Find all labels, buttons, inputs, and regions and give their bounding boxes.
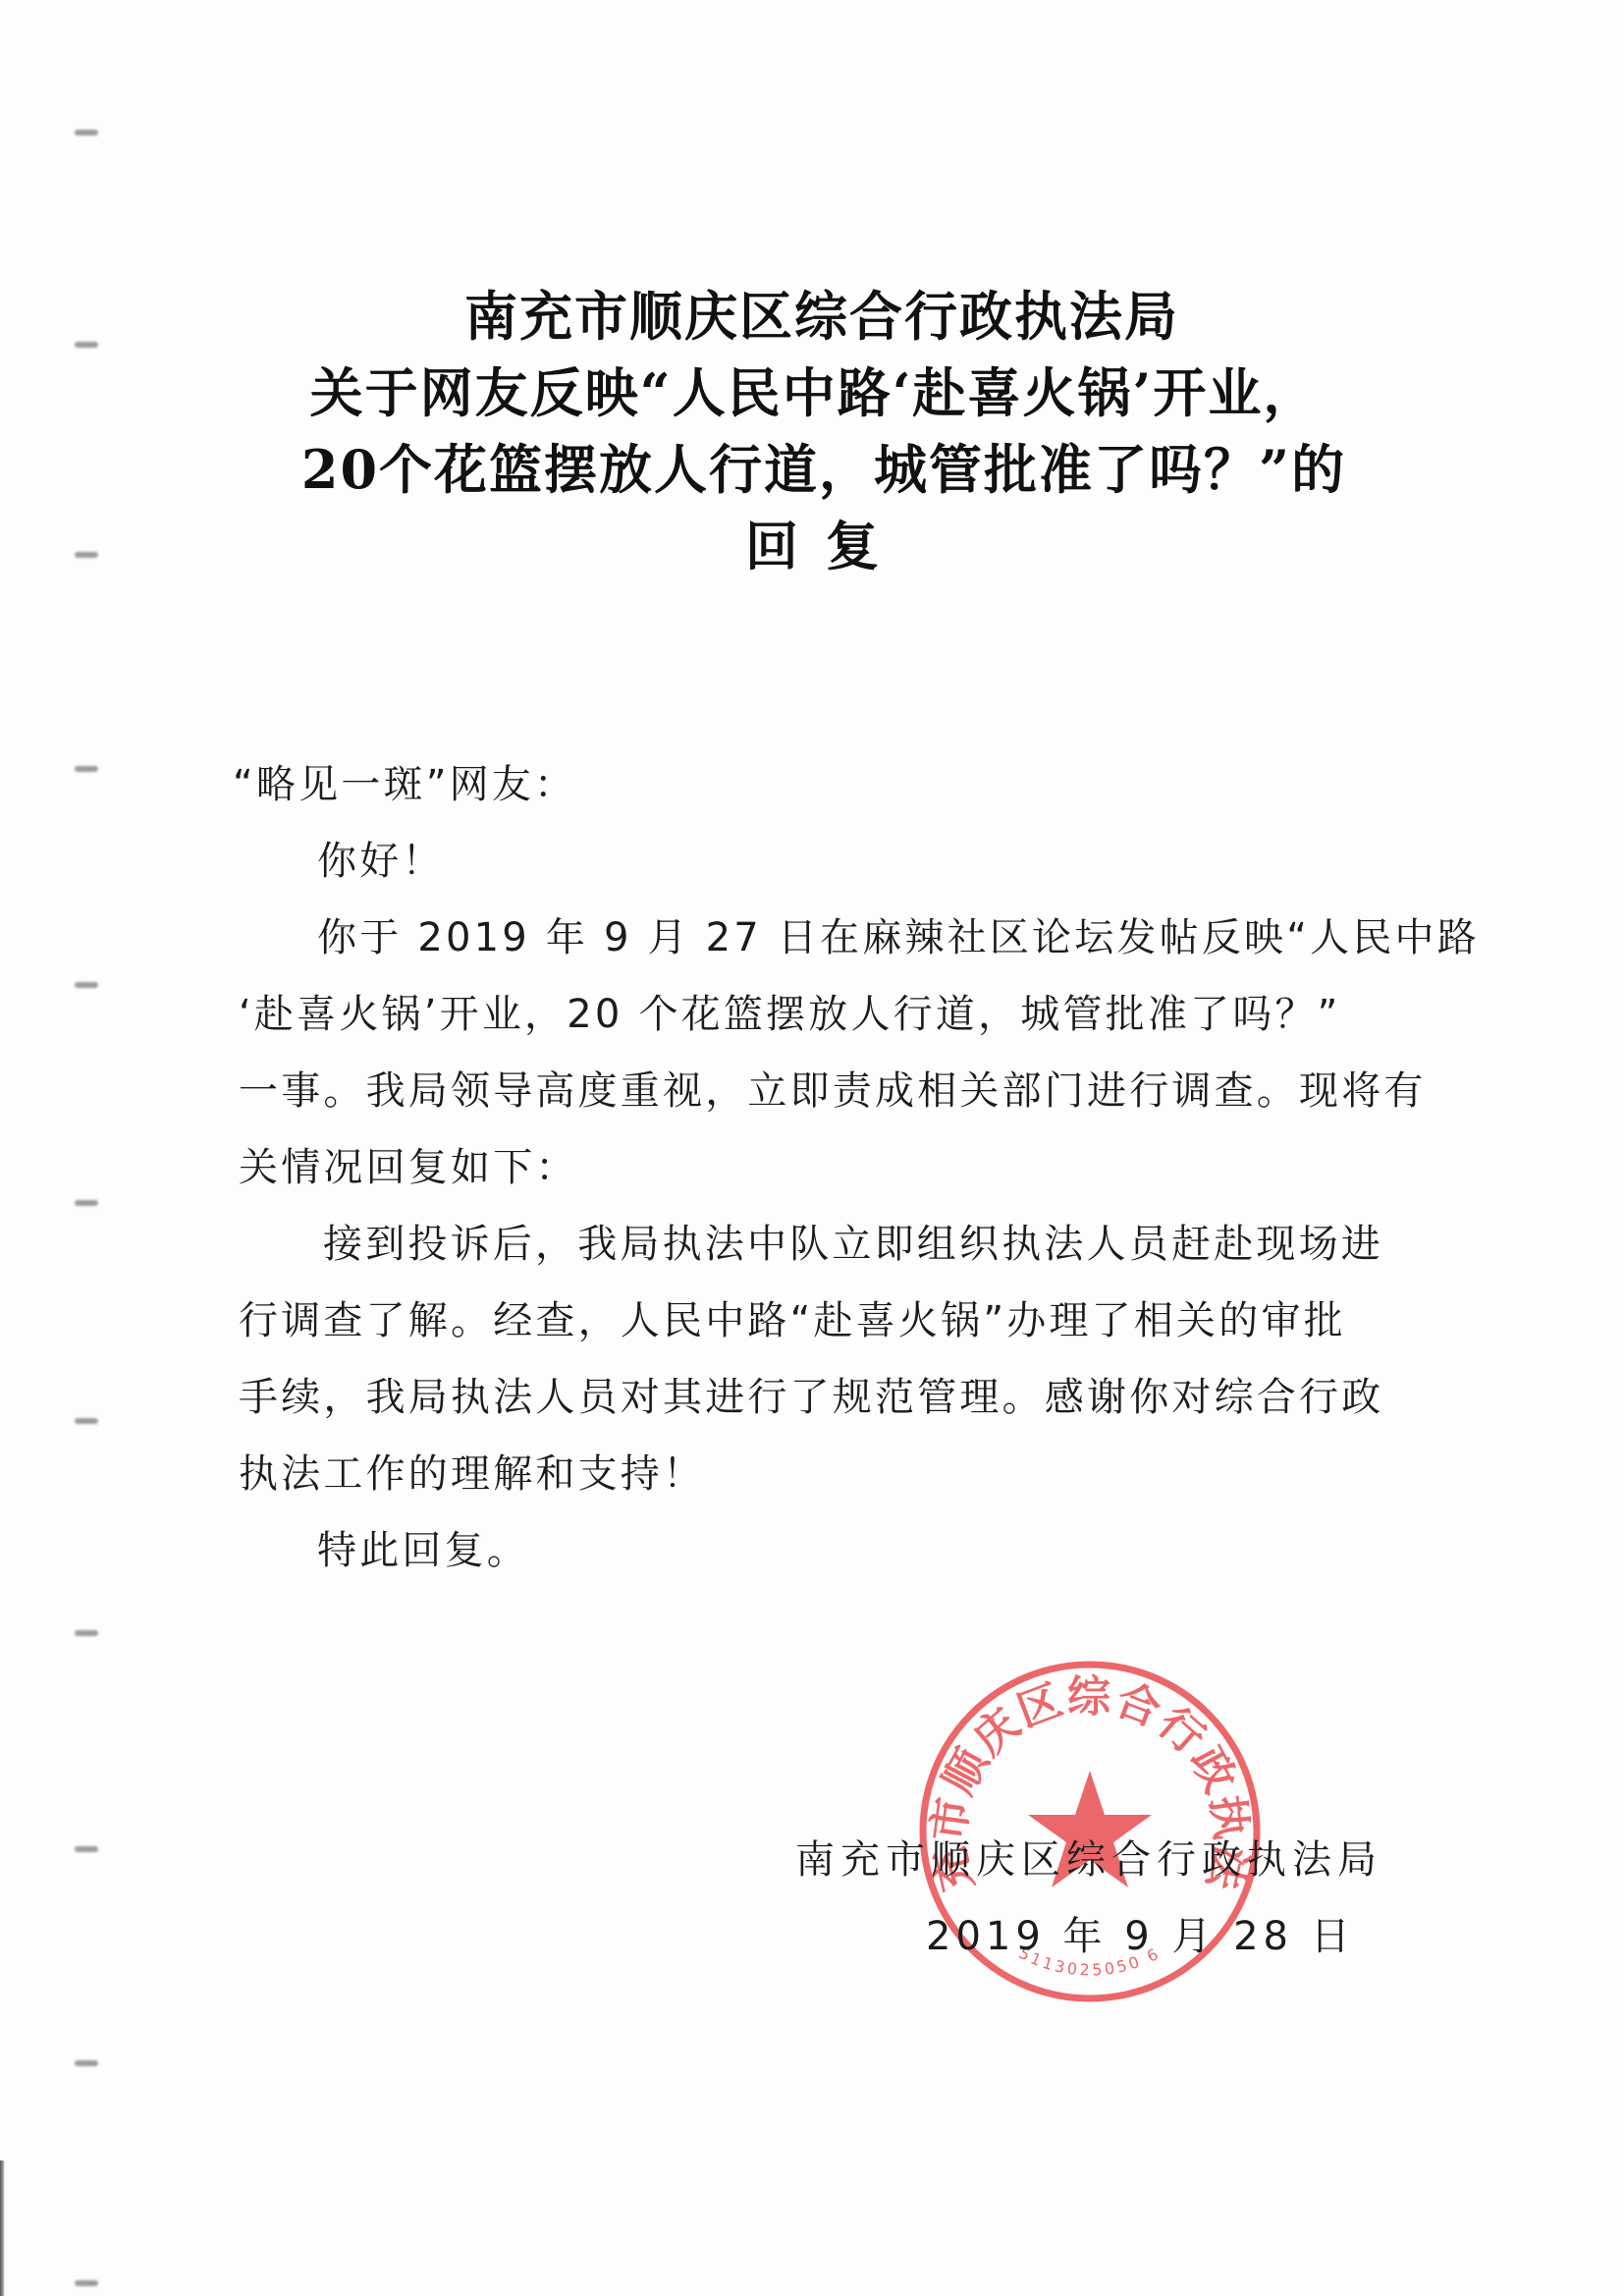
margin-binding-mark	[75, 1418, 98, 1424]
margin-binding-mark	[75, 1630, 98, 1636]
paragraph2-line: 接到投诉后，我局执法中队立即组织执法人员赶赴现场进	[239, 1206, 1436, 1283]
letter-body: “略见一斑”网友： 你好！ 你于 2019 年 9 月 27 日在麻辣社区论坛发…	[239, 746, 1436, 1589]
margin-binding-mark	[75, 2060, 98, 2066]
document-title: 南充市顺庆区综合行政执法局 关于网友反映“人民中路‘赴喜火锅’开业， 20个花篮…	[0, 278, 1624, 584]
salutation: “略见一斑”网友：	[233, 746, 1436, 823]
paragraph1-line: 一事。我局领导高度重视，立即责成相关部门进行调查。现将有	[239, 1053, 1436, 1129]
signature-organization: 南充市顺庆区综合行政执法局	[795, 1822, 1382, 1898]
title-line-issuer: 南充市顺庆区综合行政执法局	[0, 278, 1624, 355]
margin-binding-mark	[75, 1200, 98, 1206]
closing: 特此回复。	[239, 1512, 1436, 1589]
paragraph2-line: 手续，我局执法人员对其进行了规范管理。感谢你对综合行政	[239, 1359, 1436, 1436]
paragraph1-line: 你于 2019 年 9 月 27 日在麻辣社区论坛发帖反映“人民中路	[239, 900, 1436, 976]
paragraph2-line: 行调查了解。经查，人民中路“赴喜火锅”办理了相关的审批	[239, 1283, 1436, 1359]
paragraph2-line: 执法工作的理解和支持！	[239, 1436, 1436, 1512]
margin-binding-mark	[75, 766, 98, 772]
scan-edge-shadow	[0, 2160, 5, 2296]
paragraph1-line: 关情况回复如下：	[239, 1129, 1436, 1206]
title-line-subject-2: 20个花篮摆放人行道，城管批准了吗？”的	[0, 431, 1624, 508]
title-line-reply: 回复	[0, 508, 1624, 584]
margin-binding-mark	[75, 130, 98, 136]
title-line-subject-1: 关于网友反映“人民中路‘赴喜火锅’开业，	[0, 355, 1624, 431]
paragraph1-line: ‘赴喜火锅’开业，20 个花篮摆放人行道，城管批准了吗？”	[239, 976, 1436, 1053]
signature-date: 2019 年 9 月 28 日	[795, 1898, 1382, 1975]
margin-binding-mark	[75, 2280, 98, 2286]
margin-binding-mark	[75, 1846, 98, 1852]
document-page: 南充市顺庆区综合行政执法局 关于网友反映“人民中路‘赴喜火锅’开业， 20个花篮…	[0, 0, 1624, 2296]
margin-binding-mark	[75, 982, 98, 988]
greeting: 你好！	[239, 823, 1436, 900]
signature-block: 南充市顺庆区综合行政执法局 2019 年 9 月 28 日	[795, 1822, 1382, 1975]
